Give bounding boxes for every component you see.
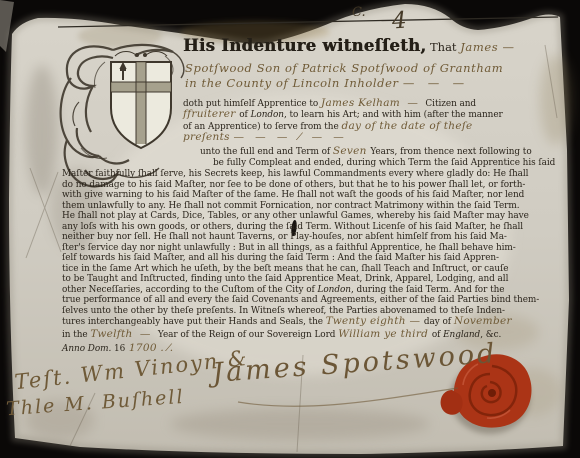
handwritten-text: 1700 . ⁄. xyxy=(125,342,173,354)
document-line: Spotſwood Son of Patrick Spotſwood of Gr… xyxy=(185,59,503,75)
printed-heading-text: His Indenture witneſſeth, xyxy=(183,36,426,55)
printed-italic-text: Anno Dom. xyxy=(62,344,114,354)
document-line: in the County of Lincoln Inholder — — — xyxy=(185,74,465,90)
document-line: His Indenture witneſſeth, That James — xyxy=(183,38,515,55)
printed-text: of xyxy=(432,330,443,340)
handwritten-text: day of the date of theſe xyxy=(341,120,472,132)
handwritten-text: Spotſwood Son of Patrick Spotſwood of Gr… xyxy=(185,61,503,75)
printed-text: 16 xyxy=(114,344,125,354)
handwritten-text: James — xyxy=(460,40,514,54)
printed-italic-text: England xyxy=(443,330,480,340)
document-line: Anno Dom. 16 1700 . ⁄. xyxy=(62,338,173,354)
text-lines-layer: His Indenture witneſſeth, That James —Sp… xyxy=(0,0,580,458)
filing-mark-letter: C. xyxy=(352,5,366,20)
printed-text: That xyxy=(426,40,460,54)
filing-mark-number: 4 xyxy=(391,8,407,35)
handwritten-text: in the County of Lincoln Inholder — — — xyxy=(185,76,465,90)
handwritten-text: William ye third xyxy=(338,328,432,340)
printed-text: Year of the Reign of our Sovereign Lord xyxy=(158,330,338,340)
photograph-of-indenture-document: His Indenture witneſſeth, That James —Sp… xyxy=(0,0,580,458)
